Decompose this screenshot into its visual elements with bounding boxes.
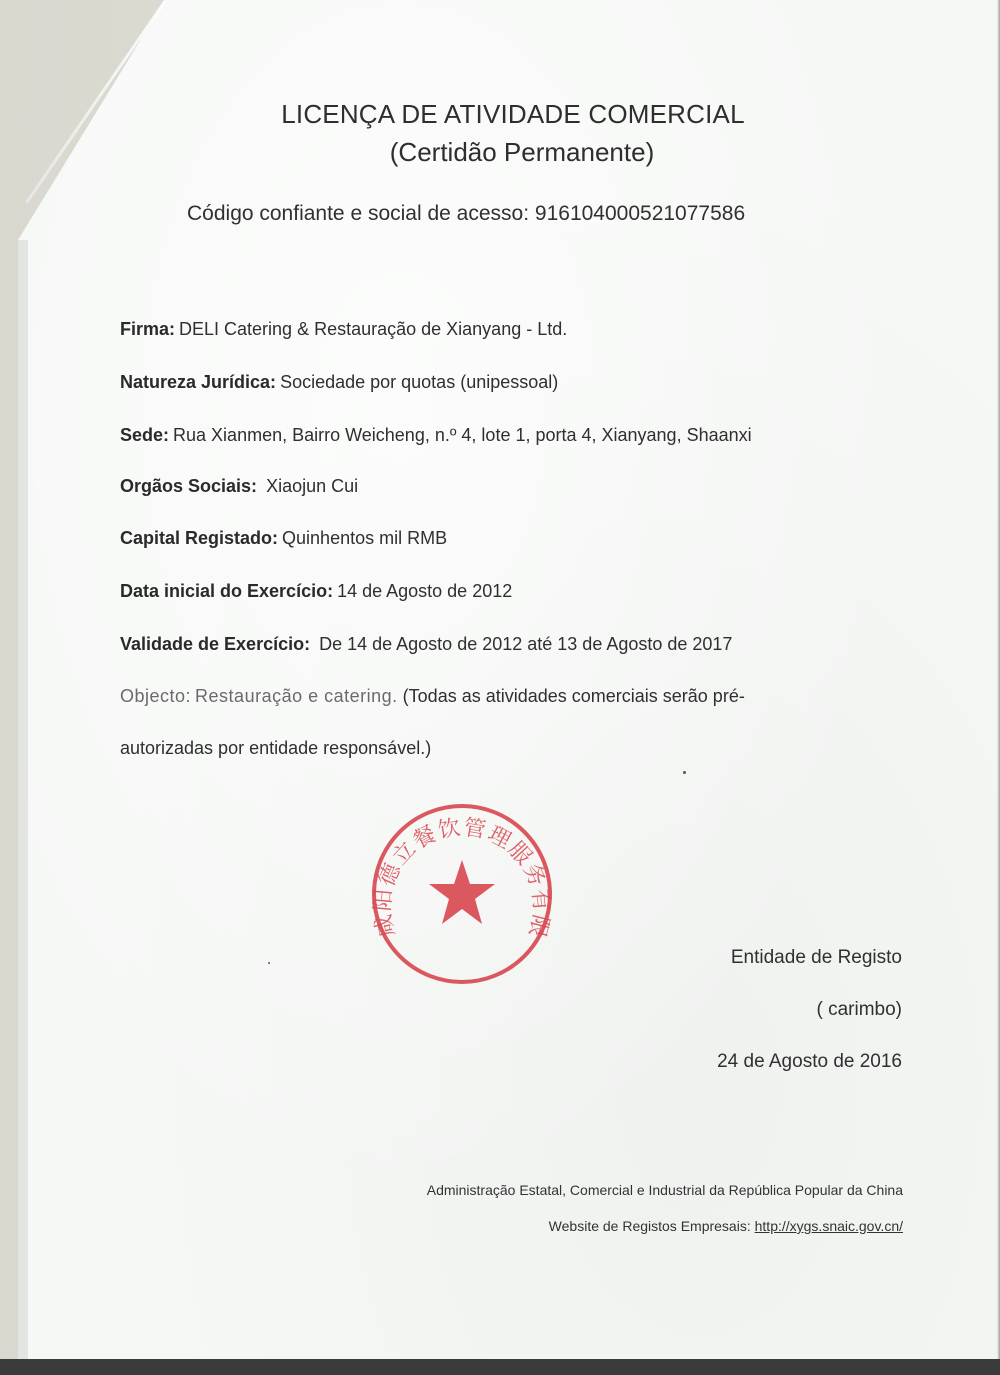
field-value-faded: Restauração e catering.	[195, 686, 398, 706]
page-edge-strip	[18, 240, 28, 1360]
field-value: Xiaojun Cui	[261, 476, 358, 496]
field-value: De 14 de Agosto de 2012 até 13 de Agosto…	[314, 634, 732, 654]
scan-speck	[683, 771, 686, 774]
company-seal-stamp: 咸阳德立餐饮管理服务有限公司	[368, 800, 556, 988]
field-value: 14 de Agosto de 2012	[337, 581, 512, 601]
field-firma: Firma:DELI Catering & Restauração de Xia…	[120, 317, 567, 341]
star-icon	[429, 860, 495, 924]
scan-speck	[268, 962, 270, 964]
field-label: Validade de Exercício:	[120, 634, 310, 654]
issuing-authority: Administração Estatal, Comercial e Indus…	[427, 1180, 903, 1200]
website-label: Website de Registos Empresais:	[549, 1218, 751, 1234]
access-code-line: Código confiante e social de acesso: 916…	[187, 199, 745, 229]
document-title: LICENÇA DE ATIVIDADE COMERCIAL	[0, 96, 1000, 132]
field-sede: Sede:Rua Xianmen, Bairro Weicheng, n.º 4…	[120, 423, 752, 447]
field-value: Rua Xianmen, Bairro Weicheng, n.º 4, lot…	[173, 425, 752, 445]
field-validade: Validade de Exercício: De 14 de Agosto d…	[120, 632, 732, 656]
field-label: Sede:	[120, 425, 169, 445]
field-orgaos-sociais: Orgãos Sociais: Xiaojun Cui	[120, 474, 358, 498]
field-natureza-juridica: Natureza Jurídica:Sociedade por quotas (…	[120, 370, 558, 394]
website-line: Website de Registos Empresais: http://xy…	[549, 1216, 903, 1236]
field-objecto-continuation: autorizadas por entidade responsável.)	[120, 736, 431, 760]
registration-entity: Entidade de Registo	[731, 946, 902, 970]
field-label: Data inicial do Exercício:	[120, 581, 333, 601]
scanner-bottom-edge	[0, 1359, 1000, 1375]
registration-stamp-note: ( carimbo)	[816, 998, 902, 1022]
field-label: Natureza Jurídica:	[120, 372, 276, 392]
field-data-inicial: Data inicial do Exercício:14 de Agosto d…	[120, 579, 512, 603]
document-subtitle: (Certidão Permanente)	[0, 134, 1000, 170]
field-value: Quinhentos mil RMB	[282, 528, 447, 548]
field-label: Orgãos Sociais:	[120, 476, 257, 496]
field-objecto: Objecto:Restauração e catering. (Todas a…	[120, 684, 745, 708]
field-value: Sociedade por quotas (unipessoal)	[280, 372, 558, 392]
field-label: Firma:	[120, 319, 175, 339]
access-code-value: 916104000521077586	[535, 202, 745, 225]
field-value: DELI Catering & Restauração de Xianyang …	[179, 319, 567, 339]
field-label: Capital Registado:	[120, 528, 278, 548]
field-capital-registado: Capital Registado:Quinhentos mil RMB	[120, 526, 447, 550]
field-label: Objecto:	[120, 686, 191, 706]
registration-date: 24 de Agosto de 2016	[717, 1050, 902, 1074]
access-code-label: Código confiante e social de acesso:	[187, 202, 529, 225]
website-link[interactable]: http://xygs.snaic.gov.cn/	[755, 1218, 903, 1234]
field-value: (Todas as atividades comerciais serão pr…	[403, 686, 745, 706]
